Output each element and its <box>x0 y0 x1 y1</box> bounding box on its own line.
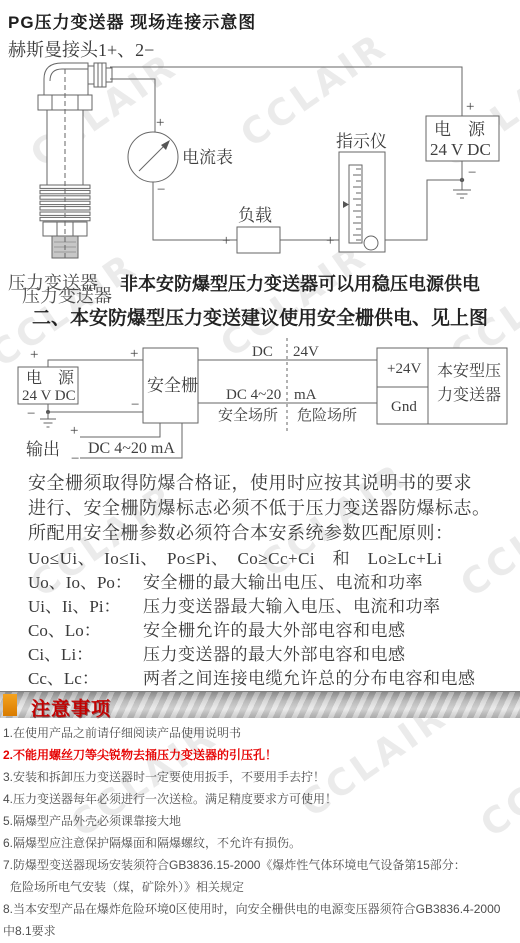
ammeter-label: 电流表 <box>182 148 233 167</box>
power-label-line1: 电 源 <box>434 120 486 139</box>
gnd-terminal: Gnd <box>391 399 417 415</box>
wire-output-plus <box>80 423 160 437</box>
parameter-rules-line: Uo≤Ui、 Io≤Ii、 Po≤Pi、 Co≥Cc+Ci 和 Lo≥Lc+Li <box>28 546 506 571</box>
minus-sign: − <box>131 397 139 413</box>
minus-sign: − <box>286 233 294 249</box>
dc24-label-right: 24V <box>293 344 319 360</box>
notice-item: 6.隔爆型应注意保护隔爆面和隔爆螺纹，不允许有损伤。 <box>3 832 519 854</box>
indicator-label: 指示仪 <box>336 132 387 151</box>
ammeter-symbol <box>128 132 178 182</box>
page-title: PG压力变送器 现场连接示意图 <box>8 8 256 33</box>
pressure-transmitter-drawing <box>38 63 112 260</box>
wire-to-ammeter <box>110 79 155 132</box>
minus-sign: − <box>468 165 476 181</box>
definition-row: Uo、Io、Po： 安全栅的最大输出电压、电流和功率 <box>28 571 506 595</box>
notice-heading: 注意事项 <box>31 694 111 721</box>
definition-desc: 安全栅允许的最大外部电容和电感 <box>143 619 506 643</box>
plus-sign: + <box>466 99 474 115</box>
dc420-label-right: mA <box>294 387 317 403</box>
dc420-label-left: DC 4~20 <box>226 387 281 403</box>
wire-to-load <box>153 182 237 240</box>
load-box <box>237 227 280 253</box>
wire-indicator-return <box>385 180 462 240</box>
definition-term: Cc、Lc： <box>28 667 143 691</box>
field-connection-diagram: + − 电流表 负载 + − + 指示仪 − + 电 源 24 V DC − <box>0 55 520 305</box>
definition-row: Co、Lo： 安全栅允许的最大外部电容和电感 <box>28 619 506 643</box>
document-page: CCLAIR CCLAIR CCLAIR CCLAIR CCLAIR CCLAI… <box>0 0 520 943</box>
hazard-area-label: 危险场所 <box>297 407 357 424</box>
paragraph-line: 所配用安全栅参数必须符合本安系统参数匹配原则： <box>28 521 506 546</box>
notice-item: 4.压力变送器每年必须进行一次送检。满足精度要求方可使用！ <box>3 788 519 810</box>
paragraph-line: 进行、安全栅防爆标志必须不低于压力变送器防爆标志。 <box>28 496 506 521</box>
barrier-requirements-paragraph: 安全栅须取得防爆合格证，使用时应按其说明书的要求 进行、安全栅防爆标志必须不低于… <box>28 471 506 691</box>
plus-sign: + <box>70 423 78 439</box>
definition-desc: 压力变送器最大输入电压、电流和功率 <box>143 595 506 619</box>
minus-sign: − <box>71 451 79 467</box>
plus-sign: + <box>30 347 38 363</box>
notice-list: 1.在使用产品之前请仔细阅读产品使用说明书 2.不能用螺丝刀等尖锐物去捅压力变送… <box>3 722 519 942</box>
notice-accent-bar <box>3 694 17 716</box>
plus24v-terminal: +24V <box>387 361 421 377</box>
notice-item: 1.在使用产品之前请仔细阅读产品使用说明书 <box>3 722 519 744</box>
wire-power-minus <box>48 404 143 412</box>
notice-item: 3.安装和拆卸压力变送器时一定要使用扳手，不要用手去拧！ <box>3 766 519 788</box>
definition-term: Ui、Ii、Pi： <box>28 595 143 619</box>
output-label: 输出 <box>26 440 60 459</box>
non-intrinsic-note: 非本安防爆型压力变送器可以用稳压电源供电 <box>120 270 480 296</box>
definition-term: Uo、Io、Po： <box>28 571 143 595</box>
load-label: 负载 <box>238 206 272 225</box>
notice-item: 7.防爆型变送器现场安装须符合GB3836.15-2000《爆炸性气体环境电气设… <box>3 854 519 876</box>
definition-term: Ci、Li： <box>28 643 143 667</box>
definition-desc: 两者之间连接电缆允许总的分布电容和电感 <box>143 667 506 691</box>
notice-banner: 注意事项 <box>0 691 520 718</box>
indicator-box <box>339 152 385 252</box>
definition-row: Ui、Ii、Pi： 压力变送器最大输入电压、电流和功率 <box>28 595 506 619</box>
notice-item: 5.隔爆型产品外壳必须课靠接大地 <box>3 810 519 832</box>
plus-sign: + <box>130 346 138 362</box>
wire-top <box>110 67 462 116</box>
safety-barrier-diagram: 电 源 24 V DC + + − − 安全栅 DC 24V DC 4~20 m… <box>0 335 520 470</box>
device-label-line1: 本安型压 <box>437 362 501 380</box>
minus-sign: − <box>27 406 35 422</box>
section-2-heading: 二、本安防爆型压力变送建议使用安全栅供电、见上图 <box>0 303 520 330</box>
definition-desc: 安全栅的最大输出电压、电流和功率 <box>143 571 506 595</box>
power-label-line2: 24 V DC <box>430 140 491 159</box>
definition-row: Ci、Li： 压力变送器的最大外部电容和电感 <box>28 643 506 667</box>
paragraph-line: 安全栅须取得防爆合格证，使用时应按其说明书的要求 <box>28 471 506 496</box>
plus-sign: + <box>222 233 230 249</box>
definition-term: Co、Lo： <box>28 619 143 643</box>
notice-item-continuation: 中8.1要求 <box>3 920 519 942</box>
power-label-line1: 电 源 <box>26 369 75 387</box>
notice-item-continuation: 危险场所电气安装（煤，矿除外）》相关规定 <box>3 876 519 898</box>
device-label-line2: 力变送器 <box>437 386 501 404</box>
wire-power-plus <box>48 360 143 367</box>
notice-item-warning: 2.不能用螺丝刀等尖锐物去捅压力变送器的引压孔！ <box>3 744 519 766</box>
ground-icon <box>453 180 471 198</box>
definition-desc: 压力变送器的最大外部电容和电感 <box>143 643 506 667</box>
safe-area-label: 安全场所 <box>218 407 278 424</box>
ground-icon <box>40 412 56 427</box>
dc24-label-left: DC <box>252 344 273 360</box>
notice-item: 8.当本安型产品在爆炸危险环境0区使用时，向安全栅供电的电源变压器须符合GB38… <box>3 898 519 920</box>
plus-sign: + <box>156 115 164 131</box>
minus-sign: − <box>157 182 165 198</box>
barrier-label: 安全栅 <box>147 376 198 395</box>
output-wire-label: DC 4~20 mA <box>88 440 175 457</box>
minus-sign: − <box>389 233 397 249</box>
plus-sign: + <box>326 233 334 249</box>
definition-row: Cc、Lc： 两者之间连接电缆允许总的分布电容和电感 <box>28 667 506 691</box>
power-label-line2: 24 V DC <box>22 388 76 404</box>
